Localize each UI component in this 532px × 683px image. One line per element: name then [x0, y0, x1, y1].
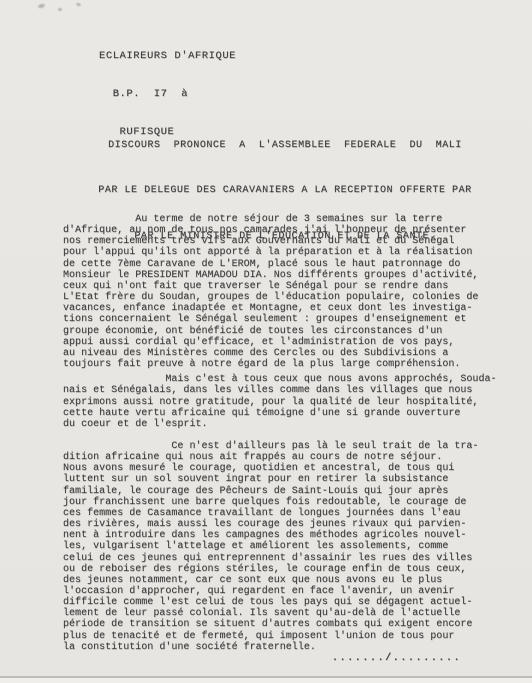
document-page: ECLAIREURS D'AFRIQUE B.P. I7 à RUFISQUE … [0, 0, 532, 683]
text-line: tions concernaient le Sénégal seulement … [63, 314, 497, 325]
text-line: L'Etat frère du Soudan, groupes de l'édu… [63, 292, 497, 303]
text-line: Ce n'est d'ailleurs pas là le seul trait… [63, 441, 497, 452]
document-body: Au terme de notre séjour de 3 semaines s… [63, 214, 497, 653]
text-line: des jeunes notamment, car ce sont eux qu… [63, 575, 497, 586]
text-line: période de transition se situent d'autre… [63, 619, 497, 630]
text-line: difficile comme l'est celui de tous les … [63, 597, 497, 608]
text-line: l'occasion d'approcher, qui regardent en… [63, 586, 497, 597]
text-line: luttent sur un sol souvent ingrat pour e… [63, 474, 497, 485]
text-line: du coeur et de l'esprit. [63, 419, 497, 430]
text-line: dition africaine qui nous ait frappés au… [63, 452, 497, 463]
letterhead-po-box: B.P. I7 à [99, 88, 236, 101]
text-line: nent à introduire dans les campagnes des… [63, 530, 497, 541]
text-line: Monsieur le PRESIDENT MAMADOU DIA. Nos d… [63, 270, 497, 281]
text-line: pour l'appui qu'ils ont apporté à la pré… [63, 247, 497, 258]
text-line: Mais c'est à tous ceux que nous avons ap… [63, 374, 497, 385]
paragraph: Mais c'est à tous ceux que nous avons ap… [63, 374, 497, 430]
text-line: Nous avons mesuré le courage, quotidien … [63, 463, 497, 474]
text-line: familiale, le courage des Pêcheurs de Sa… [63, 486, 497, 497]
paper-speck [76, 2, 82, 7]
text-line: nos remerciements très vifs aux Gouverna… [63, 236, 497, 247]
text-line: groupe économie, ont bénéficié de toutes… [63, 326, 497, 337]
text-line: au niveau des Ministères comme des Cercl… [63, 348, 497, 359]
text-line: de cette 7ème Caravane de L'EROM, placé … [63, 259, 497, 270]
paragraph: Au terme de notre séjour de 3 semaines s… [63, 214, 497, 370]
title-line-1: DISCOURS PRONONCE A L'ASSEMBLEE FEDERALE… [38, 138, 532, 153]
paper-speck [38, 3, 46, 9]
text-line: plus de tenacité et de fermeté, qui impo… [63, 631, 497, 642]
text-line: vacances, enfance inadaptée et Montagne,… [63, 303, 497, 314]
text-line: ces femmes de Casamance travaillant de l… [63, 508, 497, 519]
text-line: des rivières, mais aussi les courage des… [63, 519, 497, 530]
text-line: ceux qui n'ont fait que traverser le Sén… [63, 281, 497, 292]
text-line: nais et Sénégalais, dans les villes comm… [63, 385, 497, 396]
letterhead-org: ECLAIREURS D'AFRIQUE [99, 50, 236, 63]
text-line: Au terme de notre séjour de 3 semaines s… [63, 214, 497, 225]
continuation-mark: ......./......... [332, 653, 461, 664]
text-line: d'Afrique, au nom de tous nos camarades … [63, 225, 497, 236]
text-line: appui aussi cordial qu'efficace, et l'ad… [63, 337, 497, 348]
text-line: jour franchissent une barre quelques foi… [63, 497, 497, 508]
text-line: celui de ces jeunes qui entreprennent d'… [63, 553, 497, 564]
text-line: la constitution d'une société fraternell… [63, 642, 497, 653]
text-line: lement de leur passé colonial. Ils saven… [63, 608, 497, 619]
text-line: toujours fait preuve à notre égard de la… [63, 359, 497, 370]
scan-background [0, 678, 532, 683]
text-line: ou de reboiser des régions stériles, le … [63, 564, 497, 575]
paper-speck [58, 8, 62, 11]
title-line-2: PAR LE DELEGUE DES CARAVANIERS A LA RECE… [38, 183, 532, 198]
paragraph: Ce n'est d'ailleurs pas là le seul trait… [63, 441, 497, 653]
text-line: cette haute vertu africaine qui témoigne… [63, 408, 497, 419]
text-line: exprimons aussi notre gratitude, pour la… [63, 397, 497, 408]
text-line: les, vulgarisent l'attelage et amélioren… [63, 541, 497, 552]
